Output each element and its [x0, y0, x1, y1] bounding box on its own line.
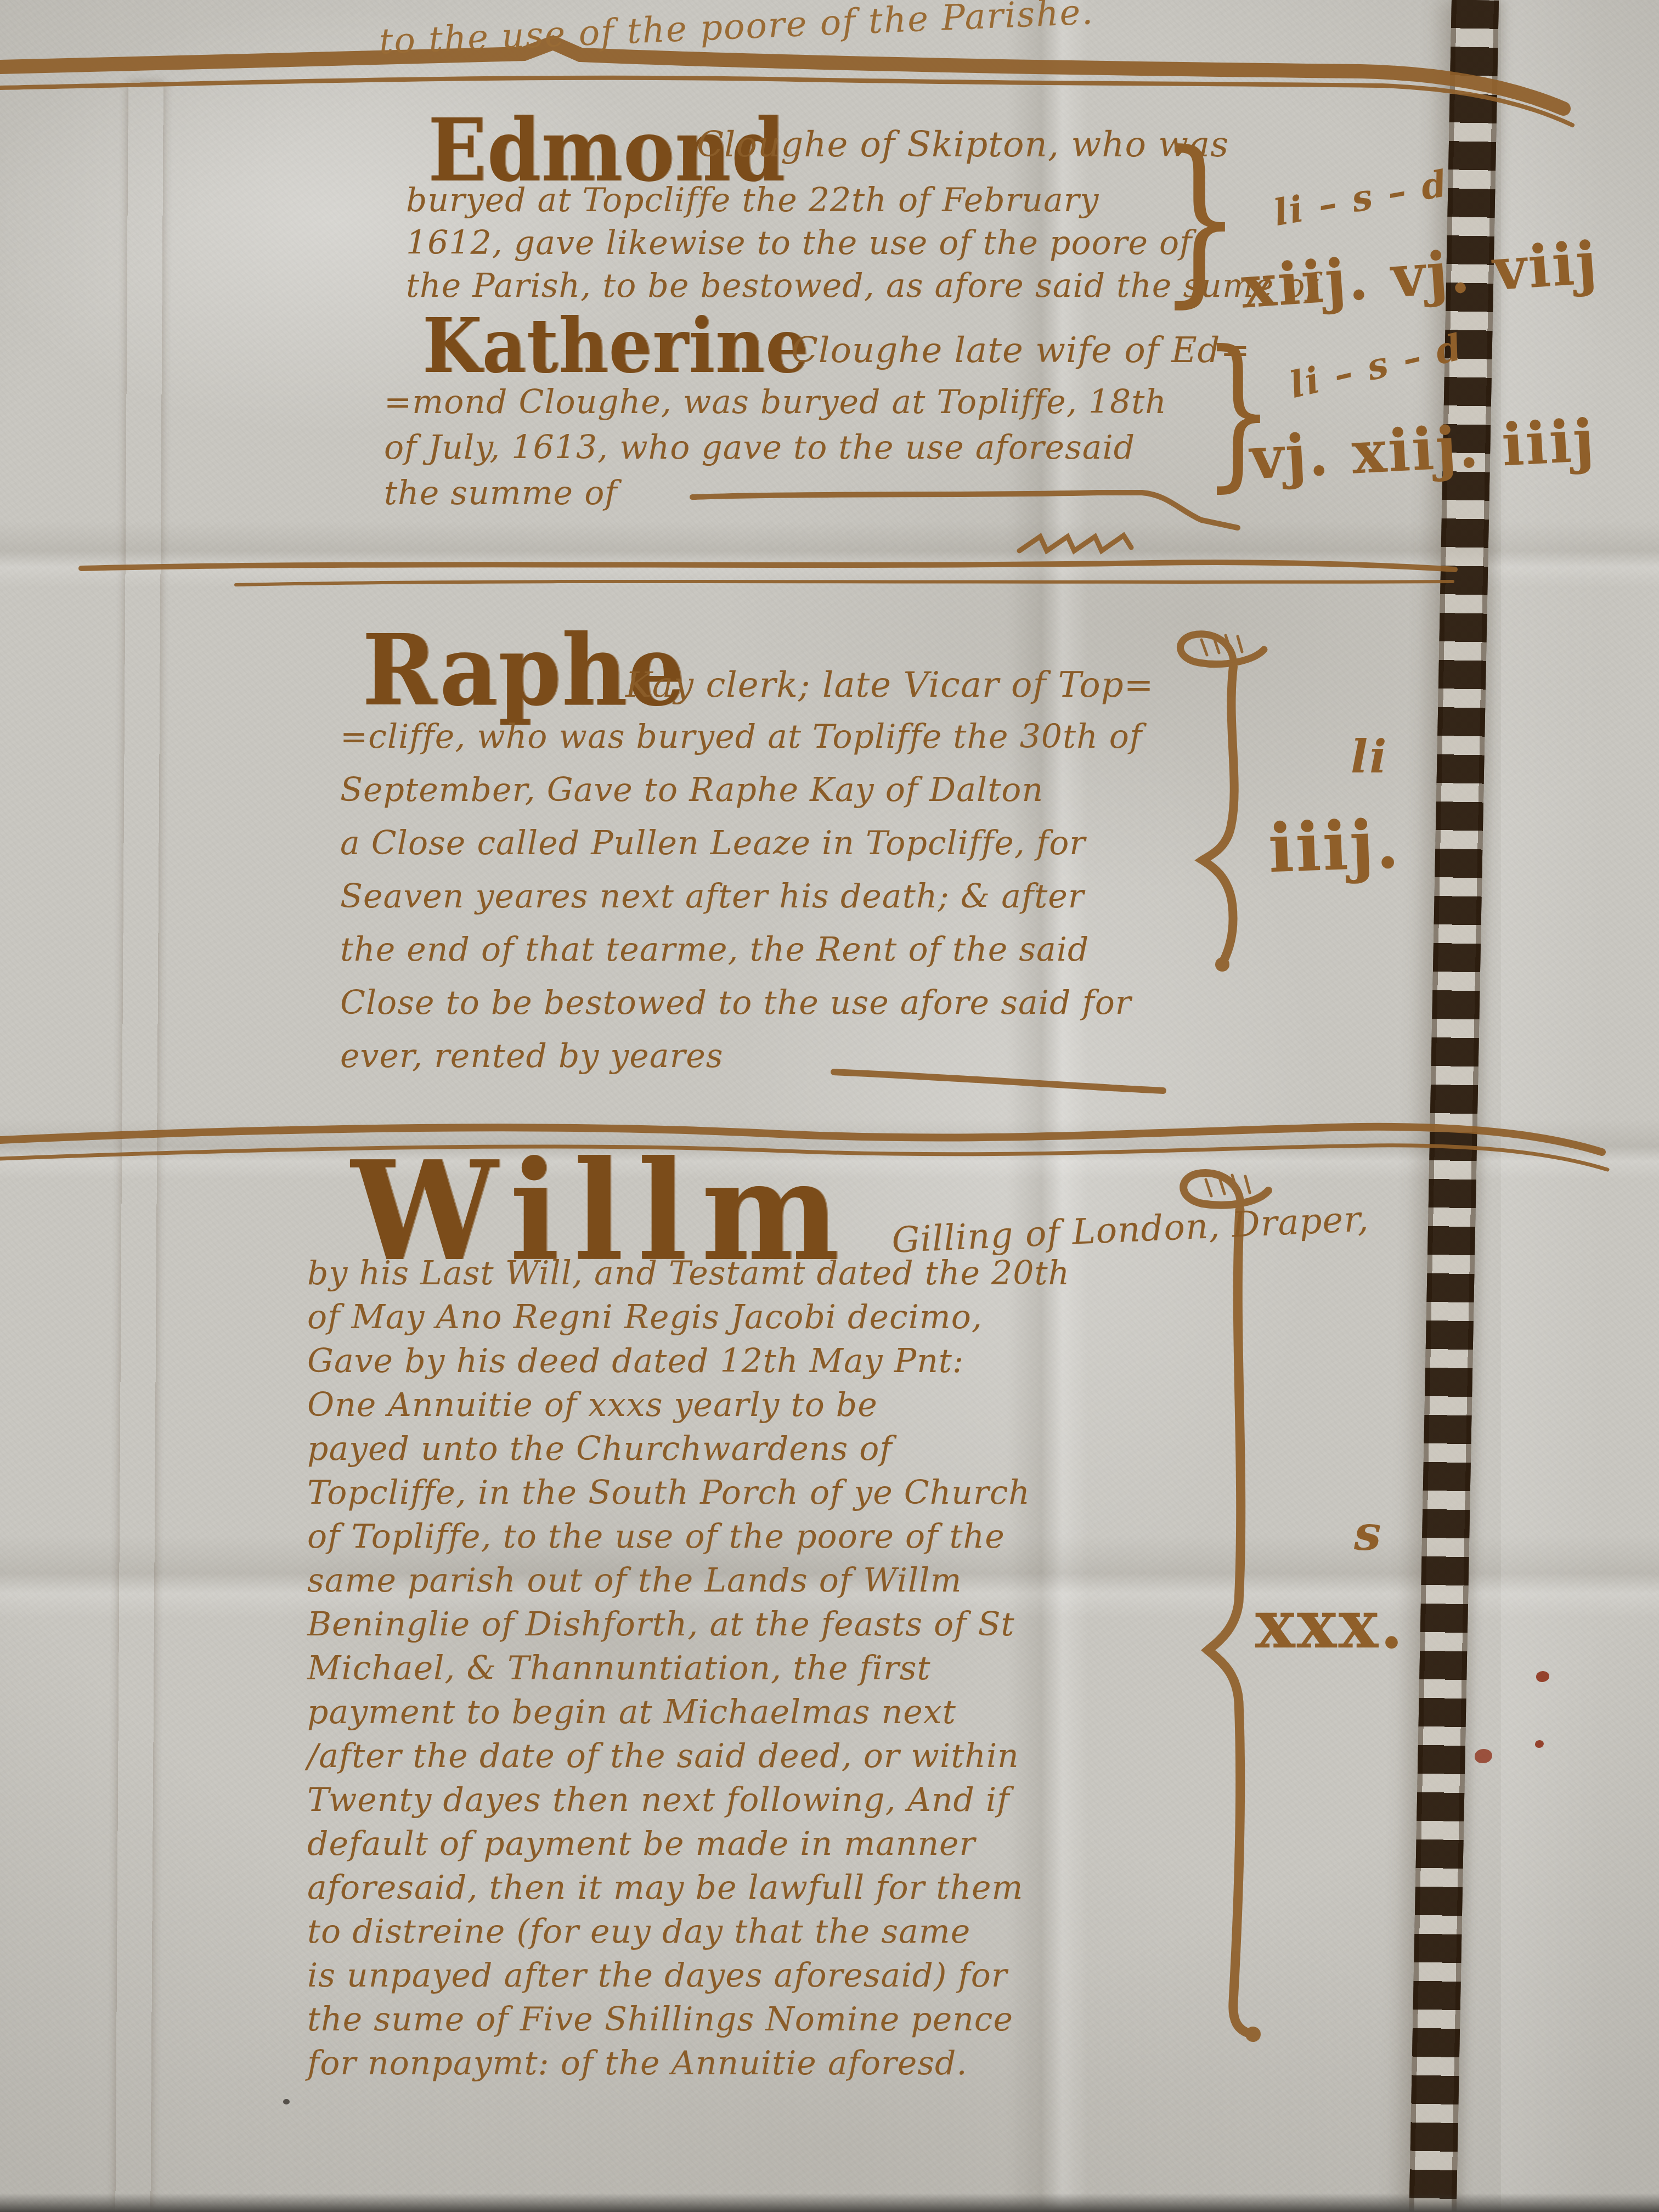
entry-heading: Kay clerk; late Vicar of Top= — [625, 665, 1154, 706]
manuscript-photo: to the use of the poore of the Parishe. … — [0, 0, 1659, 2212]
text-line: Close to be bestowed to the use afore sa… — [340, 984, 1142, 1037]
margin-sum-value: xxx. — [1255, 1584, 1405, 1663]
section-divider-2-thin — [236, 582, 1453, 585]
text-line: Gave by his deed dated 12th May Pnt: — [307, 1342, 1070, 1386]
text-line: One Annuitie of xxxs yearly to be — [307, 1386, 1070, 1430]
willm-bracket-shaft — [1208, 1210, 1249, 2033]
parchment-bottom-edge — [0, 2193, 1659, 2212]
willm-bracket-foot — [1245, 2027, 1261, 2042]
raphe-bracket-foot — [1215, 957, 1229, 972]
section-divider-2 — [81, 562, 1455, 569]
red-ink-stain — [1475, 1749, 1492, 1763]
text-line: ever, rented by yeares — [340, 1037, 1142, 1090]
text-line: of Topliffe, to the use of the poore of … — [307, 1517, 1070, 1561]
text-line: payed unto the Churchwardens of — [307, 1430, 1070, 1474]
text-line: Twenty dayes then next following, And if — [307, 1781, 1070, 1825]
text-line: a Close called Pullen Leaze in Topcliffe… — [340, 824, 1142, 877]
margin-sum-header: li – s – d — [1271, 162, 1452, 235]
entry-initial: Katherine — [422, 309, 809, 384]
margin-sum-value: iiij. — [1267, 804, 1402, 888]
raphe-bracket-hatch — [1201, 635, 1242, 655]
ink-fleck — [283, 2099, 290, 2104]
raphe-bracket-shaft — [1203, 667, 1234, 961]
entry-heading: Gilling of London, Draper, — [891, 1199, 1370, 1261]
text-line: Michael, & Thannuntiation, the first — [307, 1649, 1070, 1693]
entry-heading: Cloughe of Skipton, who was — [697, 125, 1229, 165]
top-section-rule — [0, 43, 1564, 109]
horizontal-fold-crease — [0, 521, 1659, 587]
text-line: =mond Cloughe, was buryed at Topliffe, 1… — [384, 383, 1167, 428]
text-line: Seaven yeares next after his death; & af… — [340, 877, 1142, 930]
text-line: by his Last Will, and Testamt dated the … — [307, 1254, 1070, 1298]
willm-bracket-hatch — [1206, 1175, 1250, 1196]
text-line: same parish out of the Lands of Willm — [307, 1561, 1070, 1605]
text-line: Topcliffe, in the South Porch of ye Chur… — [307, 1474, 1070, 1517]
margin-brace: } — [1158, 137, 1241, 300]
entry-lines: by his Last Will, and Testamt dated the … — [307, 1254, 1070, 2088]
margin-sum-header: li — [1351, 731, 1388, 783]
text-line: for nonpaymt: of the Annuitie aforesd. — [307, 2044, 1070, 2088]
left-stitched-seam — [115, 82, 163, 2212]
top-section-rule-thin — [0, 78, 1572, 125]
text-line: of July, 1613, who gave to the use afore… — [384, 428, 1167, 474]
text-line: Beninglie of Dishforth, at the feasts of… — [307, 1605, 1070, 1649]
text-line: =cliffe, who was buryed at Topliffe the … — [340, 718, 1142, 771]
text-line: the summe of — [384, 474, 1167, 520]
text-line: aforesaid, then it may be lawfull for th… — [307, 1869, 1070, 1912]
text-line: the end of that tearme, the Rent of the … — [340, 930, 1142, 984]
entry-lines: =cliffe, who was buryed at Topliffe the … — [340, 718, 1142, 1090]
divider-zigzag-mark — [1019, 535, 1131, 551]
margin-sum-header: li – s – d — [1285, 325, 1467, 407]
text-line: is unpayed after the dayes aforesaid) fo… — [307, 1956, 1070, 2000]
previous-entry-fragment: to the use of the poore of the Parishe. — [378, 0, 1367, 63]
raphe-bracket-scroll — [1180, 634, 1264, 667]
entry-lines: =mond Cloughe, was buryed at Topliffe, 1… — [384, 383, 1167, 520]
margin-sum-header: s — [1354, 1504, 1383, 1561]
parchment-edge-flap — [1501, 0, 1659, 2212]
text-line: to distreine (for euy day that the same — [307, 1912, 1070, 1956]
text-line: the sume of Five Shillings Nomine pence — [307, 2000, 1070, 2044]
text-line: of May Ano Regni Regis Jacobi decimo, — [307, 1298, 1070, 1342]
text-line: September, Gave to Raphe Kay of Dalton — [340, 771, 1142, 824]
entry-heading: Cloughe late wife of Ed= — [791, 330, 1250, 371]
text-line: payment to begin at Michaelmas next — [307, 1693, 1070, 1737]
text-line: default of payment be made in manner — [307, 1825, 1070, 1869]
text-line: /after the date of the said deed, or wit… — [307, 1737, 1070, 1781]
